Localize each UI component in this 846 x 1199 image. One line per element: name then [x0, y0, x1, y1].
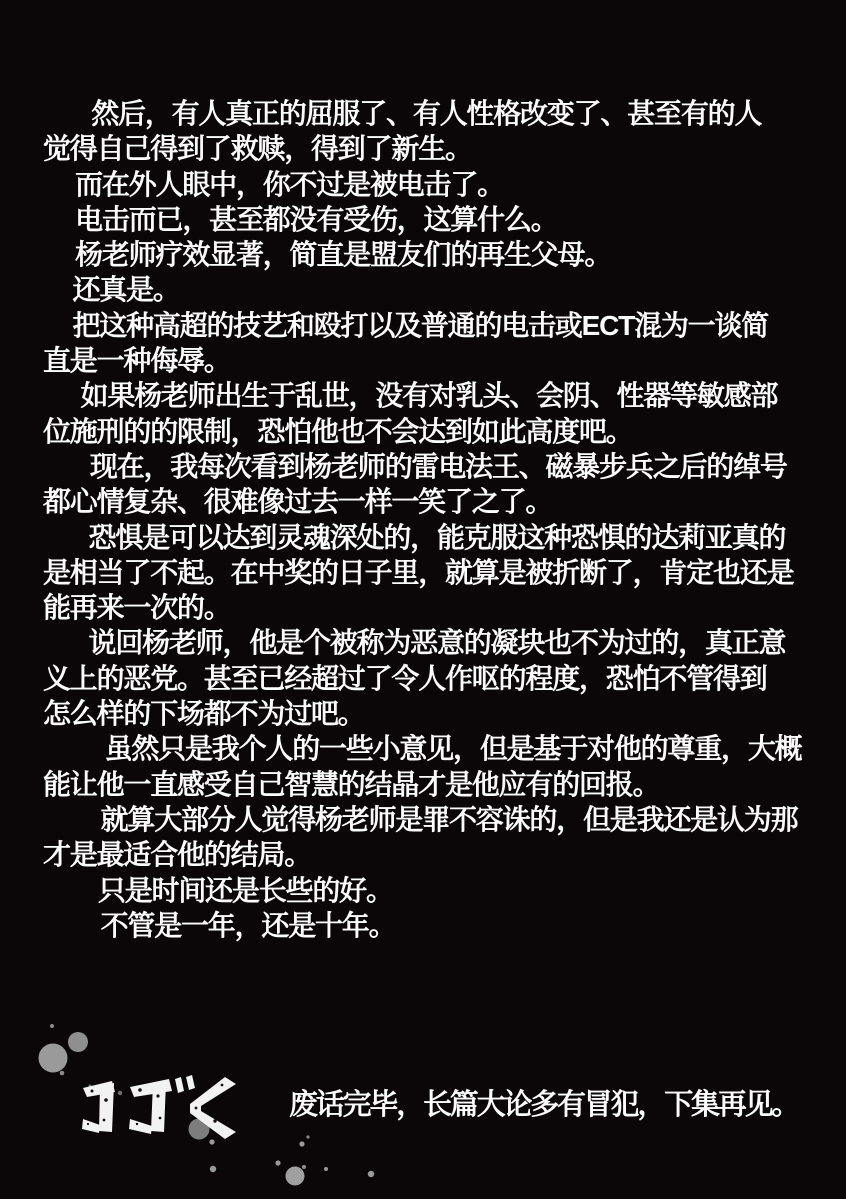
afterword-line: 虽然只是我个人的一些小意见，但是基于对他的尊重，大概 [43, 731, 810, 766]
afterword-line: 就算大部分人觉得杨老师是罪不容诛的，但是我还是认为那 [43, 802, 810, 837]
afterword-line: 电击而已，甚至都没有受伤，这算什么。 [43, 202, 810, 237]
afterword-line: 恐惧是可以达到灵魂深处的，能克服这种恐惧的达莉亚真的 [43, 520, 810, 555]
ink-splatter-dot [306, 1135, 309, 1138]
afterword-line: 能再来一次的。 [43, 590, 810, 625]
afterword-line: 如果杨老师出生于乱世，没有对乳头、会阴、性器等敏感部 [43, 378, 810, 413]
ink-splatter-dot [286, 1167, 305, 1186]
logo-texture-speckle [156, 1094, 159, 1097]
afterword-line: 是相当了不起。在中奖的日子里，就算是被折断了，肯定也还是 [43, 555, 810, 590]
ink-splatter-dot [302, 1165, 306, 1169]
afterword-line: 说回杨老师，他是个被称为恶意的凝块也不为过的，真正意 [43, 625, 810, 660]
afterword-line: 都心情复杂、很难像过去一样一笑了之了。 [43, 484, 810, 519]
tsuzuku-glyph-tsu1-right-stroke [99, 1083, 114, 1132]
ink-splatter-dot [39, 1044, 68, 1073]
afterword-line: 然后，有人真正的屈服了、有人性格改变了、甚至有的人 [43, 96, 810, 131]
ink-splatter-dot [50, 1024, 54, 1028]
afterword-line: 现在，我每次看到杨老师的雷电法王、磁暴步兵之后的绰号 [43, 449, 810, 484]
logo-texture-speckle [104, 1098, 108, 1102]
logo-texture-speckle [195, 1107, 198, 1110]
logo-texture-speckle [91, 1090, 94, 1093]
tsuzuku-glyph-tsu1-foot [82, 1119, 100, 1133]
ink-splatter-dot [299, 1141, 304, 1146]
afterword-text-block: 然后，有人真正的屈服了、有人性格改变了、甚至有的人觉得自己得到了救赎，得到了新生… [43, 96, 810, 943]
afterword-line: 不管是一年，还是十年。 [43, 908, 810, 943]
manga-afterword-page: 然后，有人真正的屈服了、有人性格改变了、甚至有的人觉得自己得到了救赎，得到了新生… [0, 0, 846, 1199]
afterword-line: 怎么样的下场都不为过吧。 [43, 696, 810, 731]
ink-splatter-dot [275, 1160, 280, 1165]
afterword-line: 还真是。 [43, 272, 810, 307]
afterword-line: 而在外人眼中，你不过是被电击了。 [43, 167, 810, 202]
logo-texture-speckle [159, 1117, 162, 1120]
afterword-line: 直是一种侮辱。 [43, 343, 810, 378]
ink-splatter-dot [210, 1166, 216, 1172]
logo-texture-speckle [213, 1119, 216, 1122]
ink-splatter-dot [209, 1139, 214, 1144]
logo-texture-speckle [87, 1123, 89, 1125]
ink-splatter-dot [60, 1071, 65, 1076]
ink-splatter-dot [68, 1032, 88, 1052]
footer-caption: 废话完毕，长篇大论多有冒犯，下集再见。 [289, 1087, 798, 1123]
logo-texture-speckle [136, 1123, 138, 1125]
logo-texture-speckle [221, 1084, 224, 1087]
logo-texture-speckle [138, 1088, 142, 1092]
afterword-line: 位施刑的的限制，恐怕他也不会达到如此高度吧。 [43, 414, 810, 449]
tsuzuku-glyph-tsu2-right-stroke [151, 1082, 166, 1132]
afterword-line: 只是时间还是长些的好。 [43, 873, 810, 908]
afterword-line: 觉得自己得到了救赎，得到了新生。 [43, 131, 810, 166]
ink-splatter-dot [324, 1167, 328, 1171]
afterword-line: 义上的恶党。甚至已经超过了令人作呕的程度，恐怕不管得到 [43, 661, 810, 696]
ink-splatter-dot [118, 1091, 122, 1095]
ink-splatter-dot [368, 1171, 374, 1177]
afterword-line: 能让他一直感受自己智慧的结晶才是他应有的回报。 [43, 767, 810, 802]
afterword-line: 把这种高超的技艺和殴打以及普通的电击或ECT混为一谈简 [43, 308, 810, 343]
tsuzuku-glyph-dakuten-tick-2 [186, 1075, 195, 1090]
logo-texture-speckle [103, 1119, 106, 1122]
afterword-line: 才是最适合他的结局。 [43, 837, 810, 872]
tsuzuku-glyph-dakuten-tick-1 [175, 1077, 184, 1093]
afterword-line: 杨老师疗效显著，简直是盟友们的再生父母。 [43, 237, 810, 272]
tsuzuku-glyph-tsu2-foot [129, 1119, 152, 1134]
